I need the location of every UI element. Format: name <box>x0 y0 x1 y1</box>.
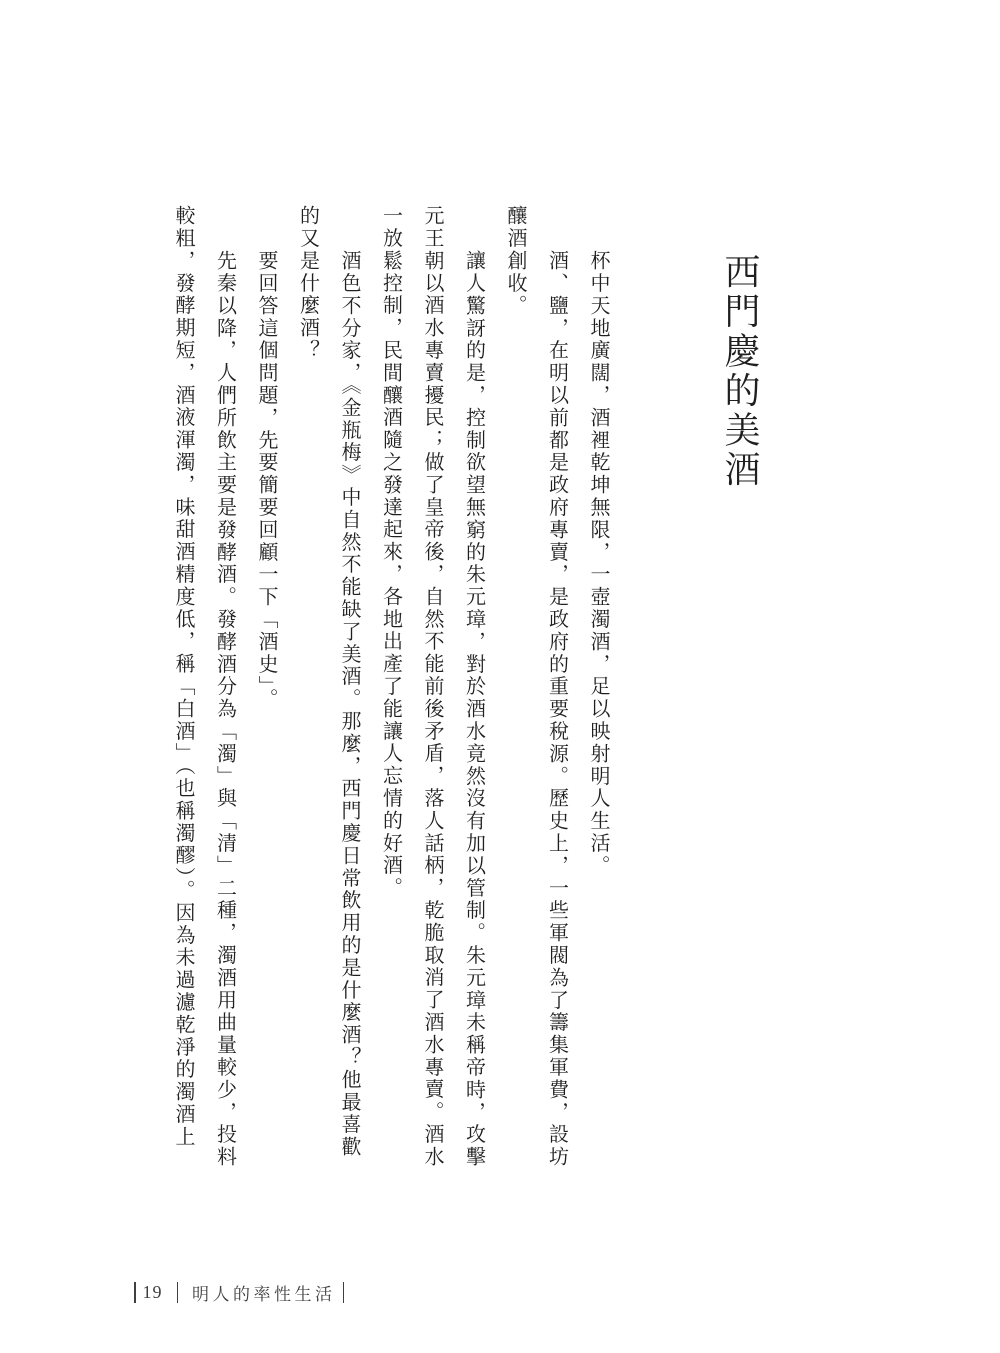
book-page: 西門慶的美酒 杯中天地廣闊，酒裡乾坤無限，一壺濁酒，足以映射明人生活。酒、鹽，在… <box>0 0 1000 1353</box>
text-column: 杯中天地廣闊，酒裡乾坤無限，一壺濁酒，足以映射明人生活。 <box>577 205 619 877</box>
running-title: 明人的率性生活 <box>192 1280 336 1305</box>
text-column: 較粗，發酵期短，酒液渾濁，味甜酒精度低，稱「白酒」（也稱濁醪）。因為未過濾乾淨的… <box>162 205 204 1148</box>
text-column: 要回答這個問題，先要簡要回顧一下「酒史」。 <box>245 205 287 710</box>
text-column: 酒色不分家，《金瓶梅》中自然不能缺了美酒。那麼，西門慶日常飲用的是什麼酒？他最喜… <box>328 205 370 1158</box>
footer-separator <box>134 1282 136 1303</box>
body-text: 杯中天地廣闊，酒裡乾坤無限，一壺濁酒，足以映射明人生活。酒、鹽，在明以前都是政府… <box>156 205 618 1180</box>
text-column: 酒、鹽，在明以前都是政府專賣，是政府的重要稅源。歷史上，一些軍閥為了籌集軍費，設… <box>535 205 577 1168</box>
text-column: 的又是什麼酒？ <box>286 205 328 362</box>
footer-separator <box>343 1282 345 1303</box>
page-number: 19 <box>143 1282 163 1303</box>
page-footer: 19 明人的率性生活 <box>134 1280 344 1305</box>
text-column: 元王朝以酒水專賣擾民；做了皇帝後，自然不能前後矛盾，落人話柄，乾脆取消了酒水專賣… <box>411 205 453 1168</box>
text-column: 先秦以降，人們所飲主要是發酵酒。發酵酒分為「濁」與「清」二種，濁酒用曲量較少，投… <box>203 205 245 1168</box>
text-column: 讓人驚訝的是，控制欲望無窮的朱元璋，對於酒水竟然沒有加以管制。朱元璋未稱帝時，攻… <box>452 205 494 1168</box>
chapter-title: 西門慶的美酒 <box>719 253 761 490</box>
text-column: 一放鬆控制，民間釀酒隨之發達起來，各地出產了能讓人忘情的好酒。 <box>369 205 411 899</box>
text-column: 釀酒創收。 <box>494 205 536 317</box>
footer-separator <box>177 1282 179 1303</box>
